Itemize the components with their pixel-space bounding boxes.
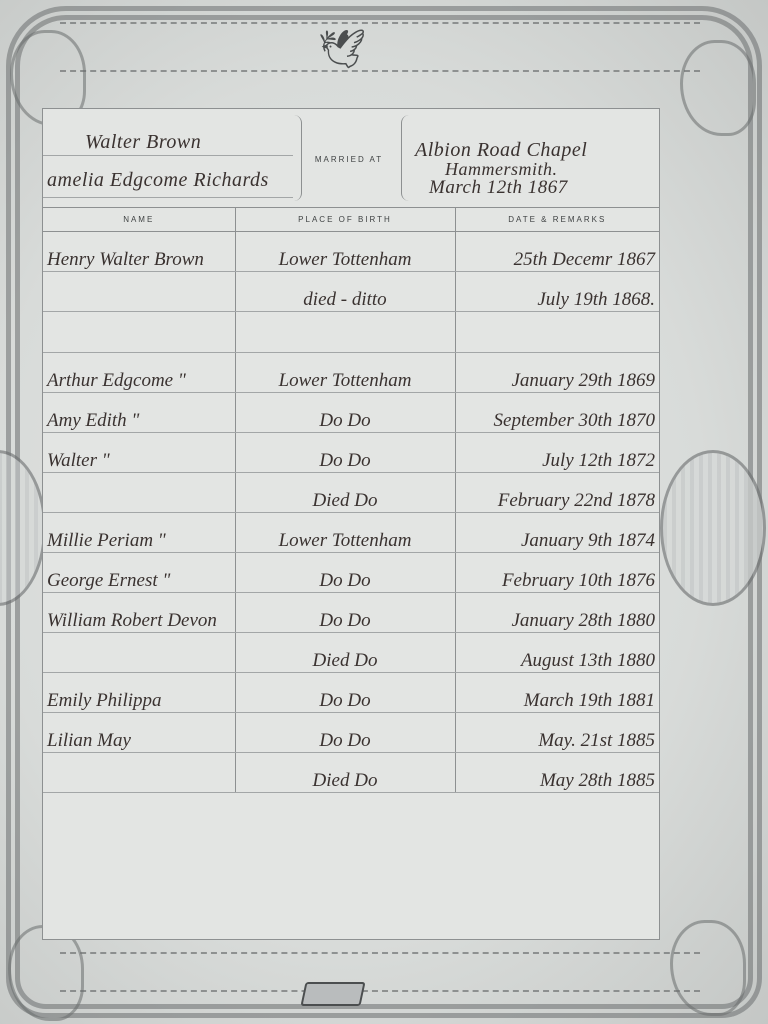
cell-date: September 30th 1870 [455, 393, 659, 433]
cell-date: February 10th 1876 [455, 553, 659, 593]
cell-place: Do Do [235, 393, 455, 433]
cell-name [43, 272, 235, 312]
cell-name [43, 633, 235, 673]
cell-name: William Robert Devon [43, 593, 235, 633]
wife-name: amelia Edgcome Richards [47, 169, 269, 192]
cell-name [43, 312, 235, 353]
cell-date: February 22nd 1878 [455, 473, 659, 513]
married-at-label: MARRIED AT [301, 155, 397, 164]
header-name: NAME [43, 207, 235, 232]
cell-place [235, 312, 455, 353]
table-row: Died DoFebruary 22nd 1878 [43, 473, 659, 513]
vine-ornament-top [60, 22, 700, 24]
table-row: Millie Periam "Lower TottenhamJanuary 9t… [43, 513, 659, 553]
cell-date: August 13th 1880 [455, 633, 659, 673]
husband-line [43, 155, 293, 156]
cell-name: Millie Periam " [43, 513, 235, 553]
header-place-of-birth: PLACE OF BIRTH [235, 207, 455, 232]
cell-place: Lower Tottenham [235, 353, 455, 393]
table-row: George Ernest "Do DoFebruary 10th 1876 [43, 553, 659, 593]
register-page: 🕊 Walter Brown amelia Edgcome Richards M… [0, 0, 768, 1024]
wedding-scene-vignette [660, 450, 766, 606]
cell-name: Amy Edith " [43, 393, 235, 433]
table-row: Died DoAugust 13th 1880 [43, 633, 659, 673]
cell-place: Do Do [235, 433, 455, 473]
cell-name: Arthur Edgcome " [43, 353, 235, 393]
cell-name: Lilian May [43, 713, 235, 753]
cell-date: January 28th 1880 [455, 593, 659, 633]
table-row: William Robert DevonDo DoJanuary 28th 18… [43, 593, 659, 633]
table-row: Died DoMay 28th 1885 [43, 753, 659, 793]
cell-date: January 29th 1869 [455, 353, 659, 393]
vine-ornament-bottom-lower [60, 990, 700, 992]
cell-place: Do Do [235, 713, 455, 753]
cell-place: Do Do [235, 593, 455, 633]
cell-place: Do Do [235, 673, 455, 713]
register-sheet: Walter Brown amelia Edgcome Richards MAR… [42, 108, 660, 940]
table-row: Henry Walter BrownLower Tottenham25th De… [43, 232, 659, 272]
cell-place: Died Do [235, 633, 455, 673]
marriage-section: Walter Brown amelia Edgcome Richards MAR… [43, 109, 659, 208]
cell-place: Died Do [235, 753, 455, 793]
cell-place: Died Do [235, 473, 455, 513]
table-row: Amy Edith "Do DoSeptember 30th 1870 [43, 393, 659, 433]
cell-name: Henry Walter Brown [43, 232, 235, 272]
cell-name: George Ernest " [43, 553, 235, 593]
cell-name [43, 473, 235, 513]
register-table: NAME PLACE OF BIRTH DATE & REMARKS Henry… [43, 207, 659, 793]
table-row: Arthur Edgcome "Lower TottenhamJanuary 2… [43, 353, 659, 393]
wife-line [43, 197, 293, 198]
cell-date: July 19th 1868. [455, 272, 659, 312]
cell-date: 25th Decemr 1867 [455, 232, 659, 272]
table-row: Walter "Do DoJuly 12th 1872 [43, 433, 659, 473]
cell-date: July 12th 1872 [455, 433, 659, 473]
cell-date: May 28th 1885 [455, 753, 659, 793]
cell-name: Emily Philippa [43, 673, 235, 713]
cell-place: Lower Tottenham [235, 232, 455, 272]
table-row [43, 312, 659, 353]
cell-date: January 9th 1874 [455, 513, 659, 553]
table-row: Emily PhilippaDo DoMarch 19th 1881 [43, 673, 659, 713]
header-row: NAME PLACE OF BIRTH DATE & REMARKS [43, 207, 659, 232]
cell-place: Lower Tottenham [235, 513, 455, 553]
cell-place: died - ditto [235, 272, 455, 312]
cell-name: Walter " [43, 433, 235, 473]
cell-place: Do Do [235, 553, 455, 593]
vine-ornament-bottom [60, 952, 700, 954]
husband-name: Walter Brown [85, 131, 201, 154]
vine-ornament-top-lower [60, 70, 700, 72]
table-row: died - dittoJuly 19th 1868. [43, 272, 659, 312]
header-date-remarks: DATE & REMARKS [455, 207, 659, 232]
table-row: Lilian MayDo DoMay. 21st 1885 [43, 713, 659, 753]
cell-date [455, 312, 659, 353]
cell-date: May. 21st 1885 [455, 713, 659, 753]
dove-icon: 🕊 [318, 28, 366, 72]
cell-date: March 19th 1881 [455, 673, 659, 713]
marriage-place-block: Albion Road Chapel Hammersmith. March 12… [409, 109, 659, 207]
couple-block: Walter Brown amelia Edgcome Richards [43, 109, 293, 207]
marriage-date: March 12th 1867 [429, 177, 568, 199]
book-icon [300, 982, 365, 1006]
cell-name [43, 753, 235, 793]
